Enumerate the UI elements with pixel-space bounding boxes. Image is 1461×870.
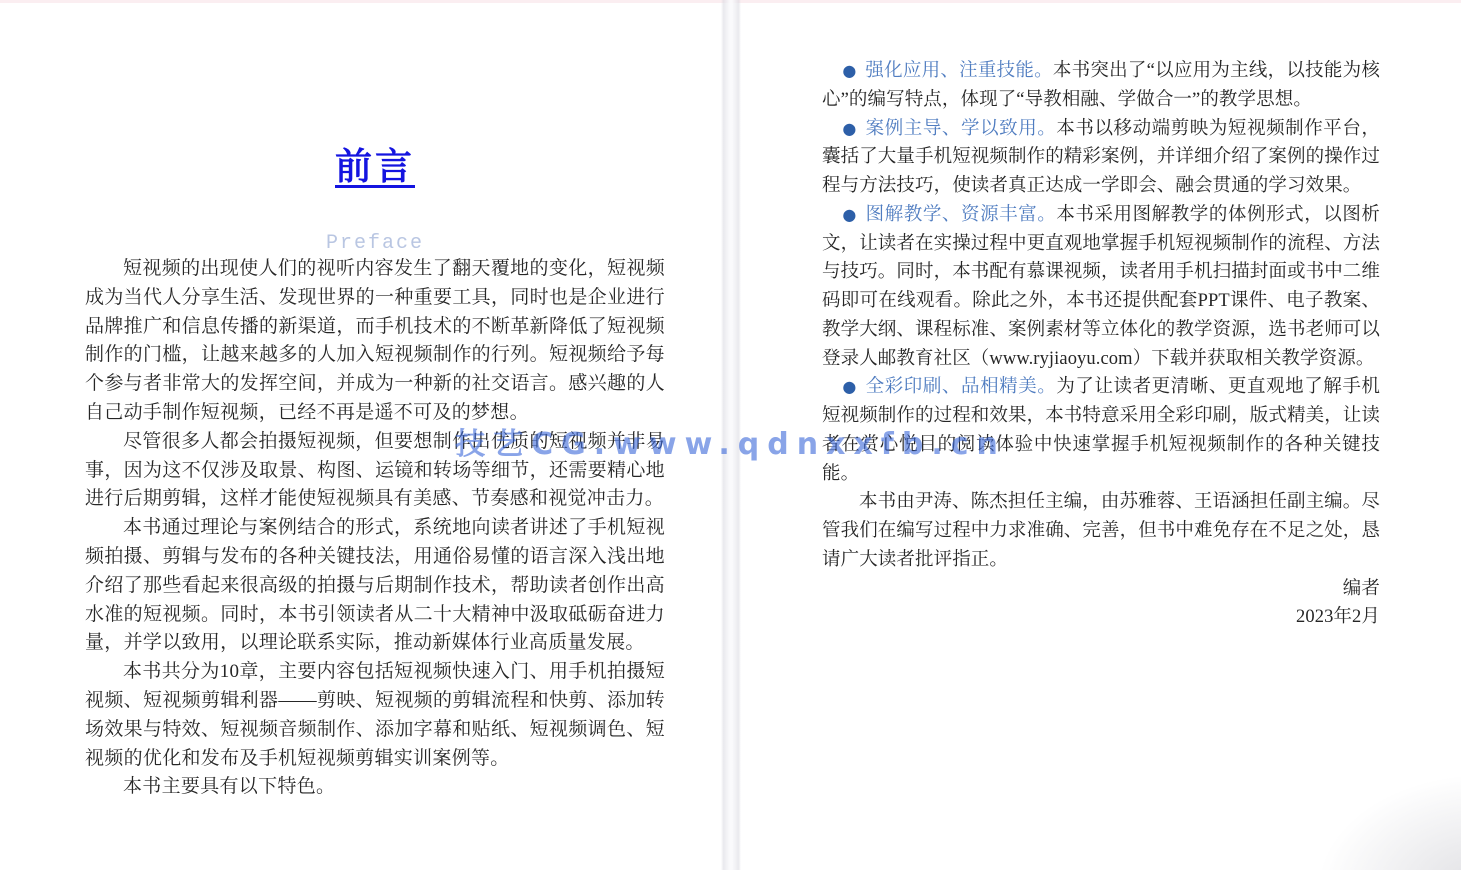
bullet-icon: ● bbox=[842, 205, 857, 224]
right-page-body: ●强化应用、注重技能。本书突出了“以应用为主线，以技能为核心”的编写特点，体现了… bbox=[822, 57, 1380, 632]
paragraph-features-lead: 本书主要具有以下特色。 bbox=[85, 773, 665, 802]
feature-heading: 强化应用、注重技能。 bbox=[865, 61, 1053, 81]
bullet-icon: ● bbox=[842, 61, 856, 80]
page-gutter bbox=[721, 0, 741, 870]
preface-title-wrap: 前言 bbox=[85, 136, 665, 190]
paragraph-difficulty: 尽管很多人都会拍摄短视频，但要想制作出优质的短视频并非易事，因为这不仅涉及取景、… bbox=[85, 428, 665, 514]
feature-item: ●图解教学、资源丰富。本书采用图解教学的体例形式，以图析文，让读者在实操过程中更… bbox=[822, 201, 1380, 374]
page-curl-shadow bbox=[1311, 770, 1461, 870]
left-page-body: 短视频的出现使人们的视听内容发生了翻天覆地的变化，短视频成为当代人分享生活、发现… bbox=[85, 255, 665, 802]
preface-subtitle: Preface bbox=[85, 232, 665, 255]
document-canvas: { "document": { "left_page": { "title": … bbox=[0, 0, 1461, 870]
feature-heading: 图解教学、资源丰富。 bbox=[866, 205, 1057, 225]
bullet-icon: ● bbox=[842, 119, 857, 138]
feature-heading: 案例主导、学以致用。 bbox=[866, 119, 1057, 139]
feature-body: 本书采用图解教学的体例形式，以图析文，让读者在实操过程中更直观地掌握手机短视频制… bbox=[822, 205, 1380, 369]
author-signature: 编者 bbox=[822, 575, 1380, 604]
feature-item: ●案例主导、学以致用。本书以移动端剪映为短视频制作平台，囊括了大量手机短视频制作… bbox=[822, 115, 1380, 201]
paragraph-contents: 本书共分为10章，主要内容包括短视频快速入门、用手机拍摄短视频、短视频剪辑利器—… bbox=[85, 658, 665, 773]
paragraph-approach: 本书通过理论与案例结合的形式，系统地向读者讲述了手机短视频拍摄、剪辑与发布的各种… bbox=[85, 514, 665, 658]
bullet-icon: ● bbox=[842, 377, 857, 396]
publication-date: 2023年2月 bbox=[822, 603, 1380, 632]
preface-title: 前言 bbox=[335, 136, 415, 190]
feature-heading: 全彩印刷、品相精美。 bbox=[866, 377, 1057, 397]
feature-item: ●强化应用、注重技能。本书突出了“以应用为主线，以技能为核心”的编写特点，体现了… bbox=[822, 57, 1380, 115]
paragraph-intro: 短视频的出现使人们的视听内容发生了翻天覆地的变化，短视频成为当代人分享生活、发现… bbox=[85, 255, 665, 428]
feature-item: ●全彩印刷、品相精美。为了让读者更清晰、更直观地了解手机短视频制作的过程和效果，… bbox=[822, 373, 1380, 488]
closing-paragraph: 本书由尹涛、陈杰担任主编，由苏雅蓉、王语涵担任副主编。尽管我们在编写过程中力求准… bbox=[822, 488, 1380, 574]
